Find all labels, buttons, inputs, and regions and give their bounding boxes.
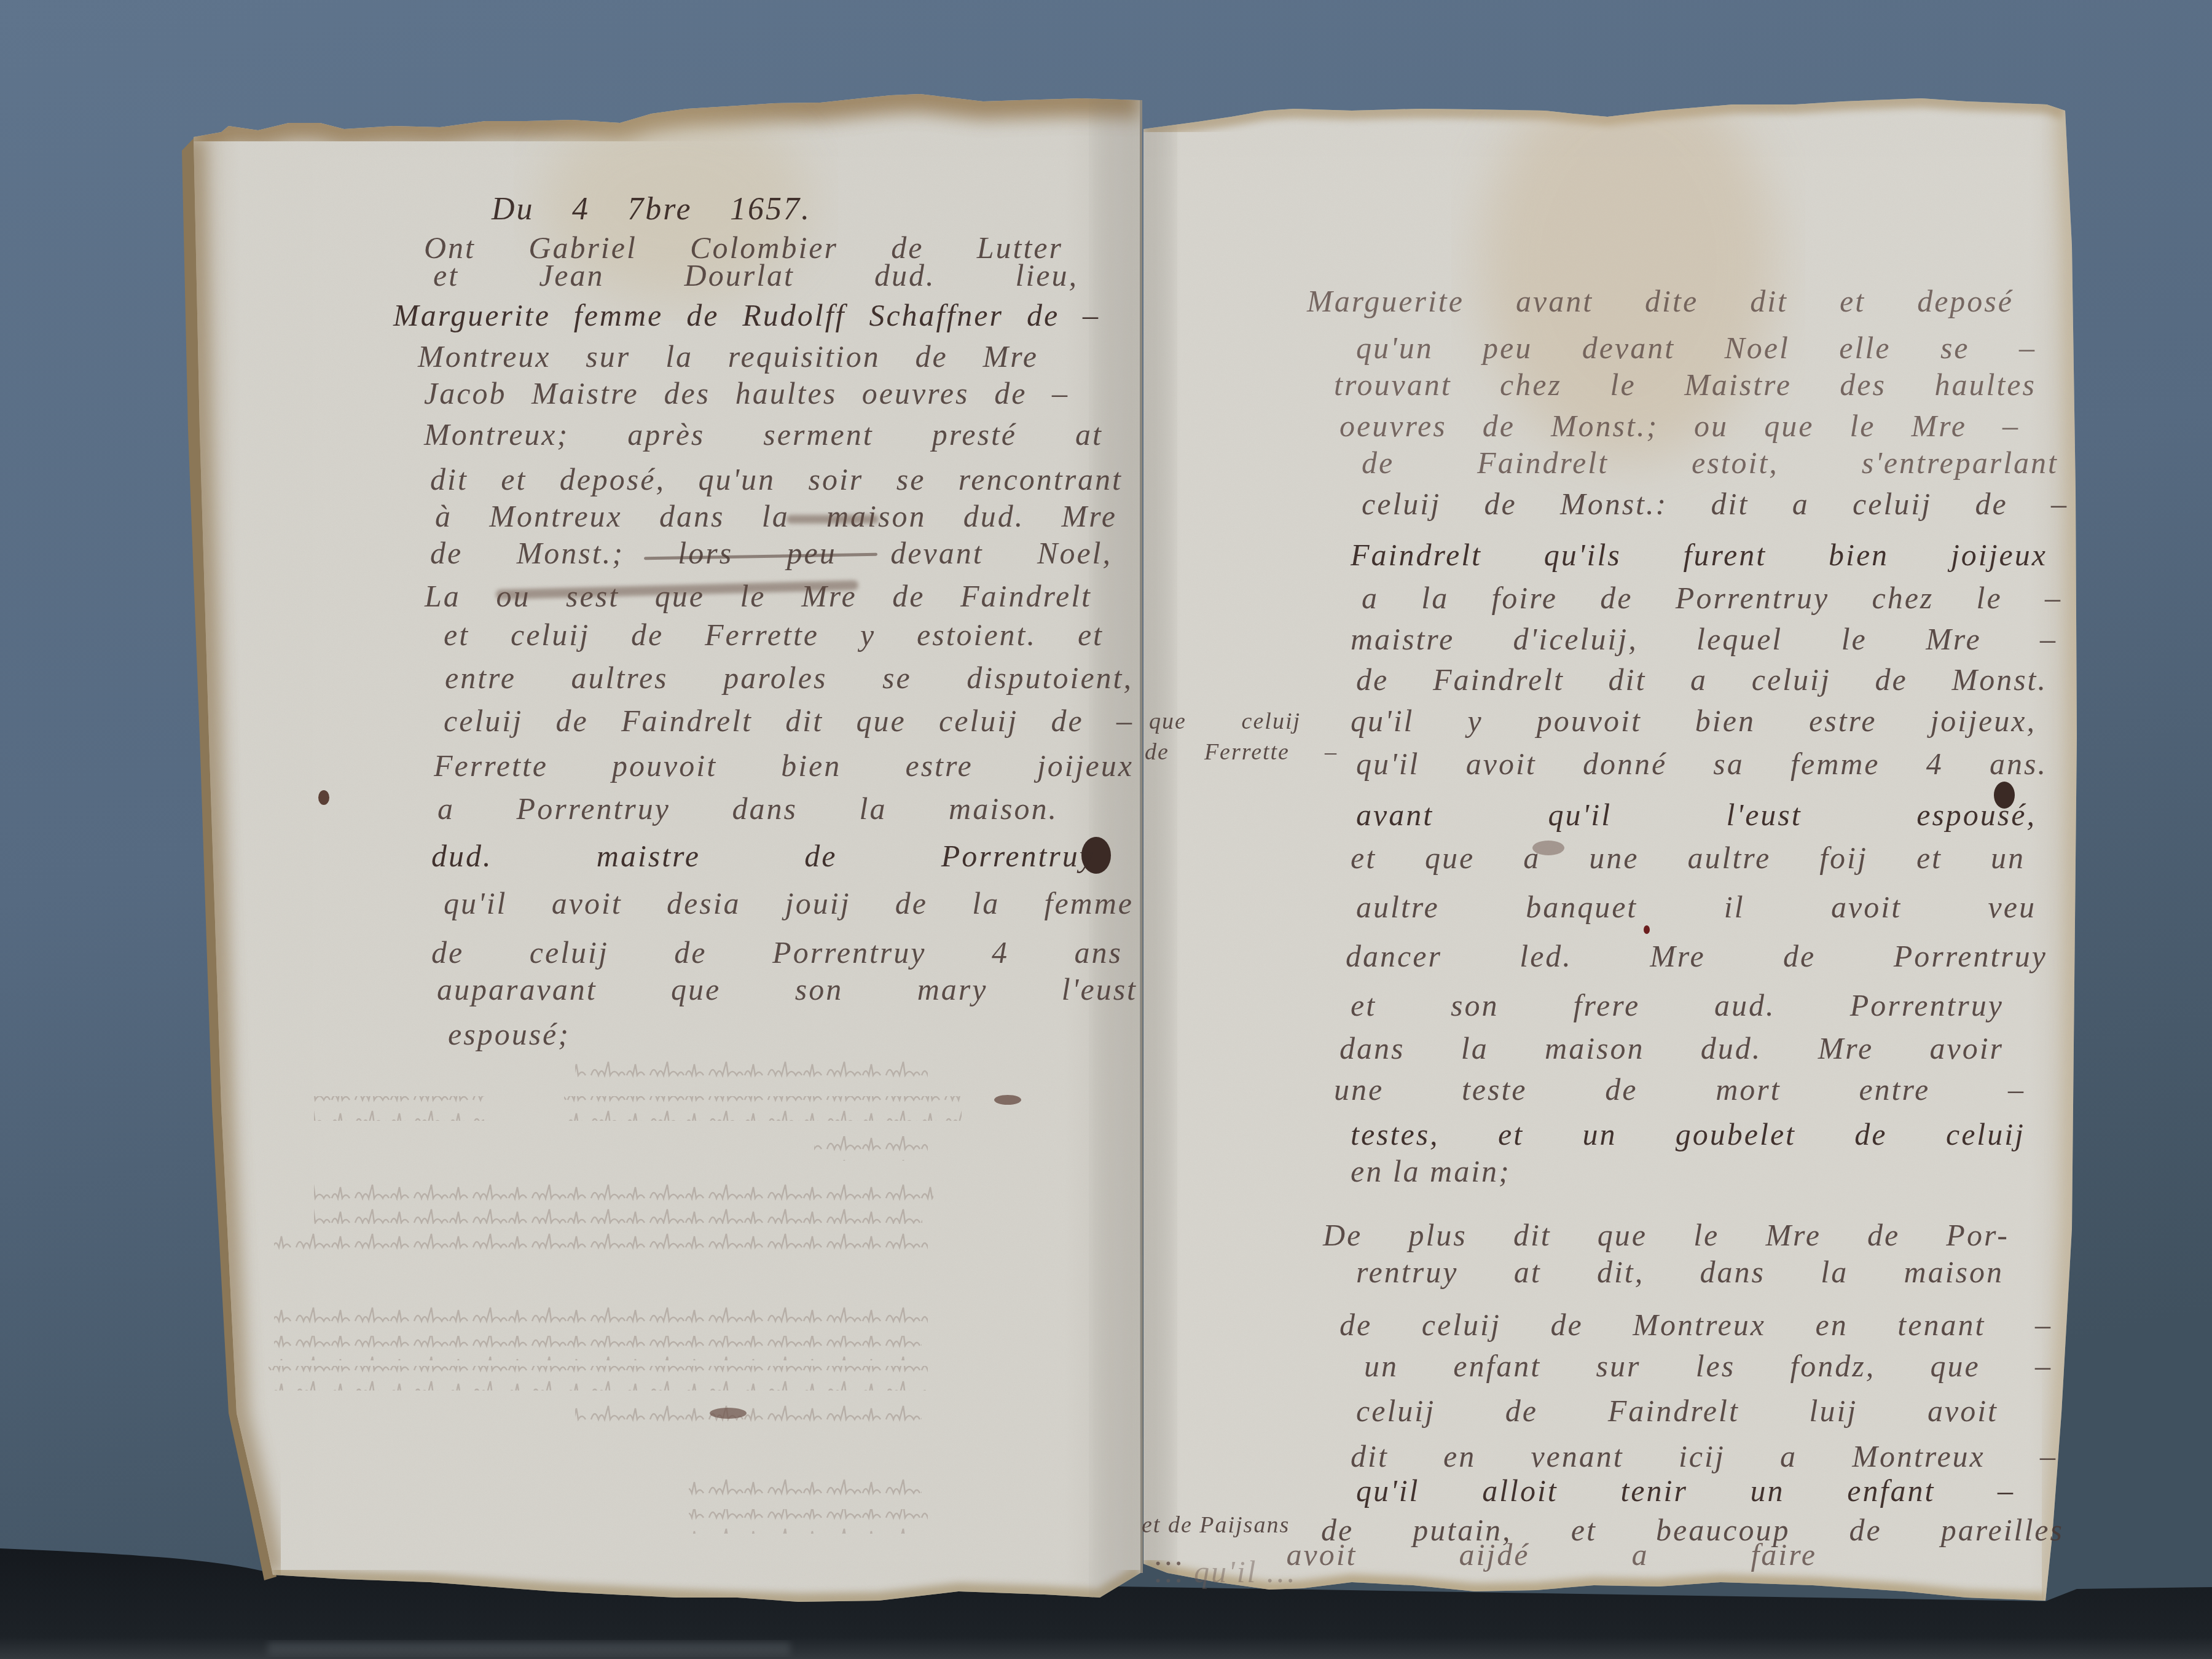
right-page-line: en la main; xyxy=(1351,1156,1511,1186)
left-page-line: de Monst.; lors peu devant Noel, xyxy=(430,538,1112,568)
right-page-line: a la foire de Porrentruy chez le – xyxy=(1362,582,2062,613)
bottom-margin-note: et de Paijsans xyxy=(1142,1513,1290,1537)
left-page-line: espousé; xyxy=(448,1019,570,1049)
right-page-line: de celuij de Montreux en tenant – xyxy=(1339,1309,2052,1340)
right-page-line: une teste de mort entre – xyxy=(1334,1074,2025,1105)
right-page-line: Marguerite avant dite dit et deposé xyxy=(1307,286,2014,316)
left-page-line: et Jean Dourlat dud. lieu, xyxy=(433,260,1078,291)
handwritten-text-layer: Du 4 7bre 1657. Ont Gabriel Colombier de… xyxy=(0,0,2212,1659)
left-page-line: de celuij de Porrentruy 4 ans xyxy=(431,937,1123,968)
gutter-margin-note: de Ferrette – xyxy=(1145,740,1338,764)
left-page-line: à Montreux dans la maison dud. Mre xyxy=(435,501,1117,531)
right-page-line: Faindrelt qu'ils furent bien joijeux xyxy=(1351,539,2047,570)
left-page-date-heading: Du 4 7bre 1657. xyxy=(492,194,811,225)
right-page-line: qu'il y pouvoit bien estre joijeux, xyxy=(1351,705,2036,736)
right-page-line: celuij de Faindrelt luij avoit xyxy=(1356,1395,1998,1426)
right-page-line: et que a une aultre foij et un xyxy=(1351,842,2025,873)
right-page-line: de Faindrelt estoit, s'entreparlant xyxy=(1362,447,2058,478)
left-page-line: Ferrette pouvoit bien estre joijeux xyxy=(434,750,1134,781)
right-page-line: De plus dit que le Mre de Por- xyxy=(1323,1220,2009,1250)
right-page-line: un enfant sur les fondz, que – xyxy=(1364,1351,2052,1381)
left-page-line: entre aultres paroles se disputoient, xyxy=(445,662,1133,693)
right-page-line: maistre d'iceluij, lequel le Mre – xyxy=(1351,624,2057,654)
right-page-line: dans la maison dud. Mre avoir xyxy=(1339,1033,2004,1064)
right-page-line-cut-off: … qu'il … xyxy=(1155,1556,1296,1587)
left-page-line: et celuij de Ferrette y estoient. et xyxy=(444,619,1104,650)
right-page-line: et son frere aud. Porrentruy xyxy=(1351,990,2004,1021)
left-page-line: qu'il avoit desia jouij de la femme xyxy=(444,888,1134,919)
left-page-line: Montreux; après serment presté at xyxy=(424,419,1103,450)
right-page-line: avant qu'il l'eust espousé, xyxy=(1356,799,2036,830)
right-page-line: qu'il alloit tenir un enfant – xyxy=(1356,1475,2015,1506)
left-page-line: dit et deposé, qu'un soir se rencontrant xyxy=(430,464,1123,495)
right-page-line: qu'il avoit donné sa femme 4 ans. xyxy=(1356,748,2047,779)
right-page-line: oeuvres de Monst.; ou que le Mre – xyxy=(1339,410,2020,441)
left-page-line: Jacob Maistre des haultes oeuvres de – xyxy=(424,378,1069,409)
right-page-line: qu'un peu devant Noel elle se – xyxy=(1356,332,2036,363)
right-page-line: rentruy at dit, dans la maison xyxy=(1356,1257,2004,1287)
right-page-line: dit en venant icij a Montreux – xyxy=(1351,1441,2057,1472)
gutter-margin-note: que celuij xyxy=(1149,710,1301,733)
left-page-line: Montreux sur la requisition de Mre xyxy=(418,341,1038,372)
left-page-line: dud. maistre de Porrentruy xyxy=(431,841,1095,871)
right-page-line: de Faindrelt dit a celuij de Monst. xyxy=(1356,664,2047,695)
left-page-line: auparavant que son mary l'eust xyxy=(437,974,1137,1005)
right-page-line: aultre banquet il avoit veu xyxy=(1356,892,2036,922)
right-page-line: testes, et un goubelet de celuij xyxy=(1351,1119,2025,1150)
left-page-line: Marguerite femme de Rudolff Schaffner de… xyxy=(393,300,1100,331)
left-page-line: a Porrentruy dans la maison. xyxy=(437,793,1058,824)
left-page-line: celuij de Faindrelt dit que celuij de – xyxy=(444,705,1134,736)
ink-smear xyxy=(786,515,879,524)
right-page-line: celuij de Monst.: dit a celuij de – xyxy=(1362,488,2068,519)
right-page-line: dancer led. Mre de Porrentruy xyxy=(1346,941,2047,971)
right-page-line: trouvant chez le Maistre des haultes xyxy=(1334,369,2036,400)
